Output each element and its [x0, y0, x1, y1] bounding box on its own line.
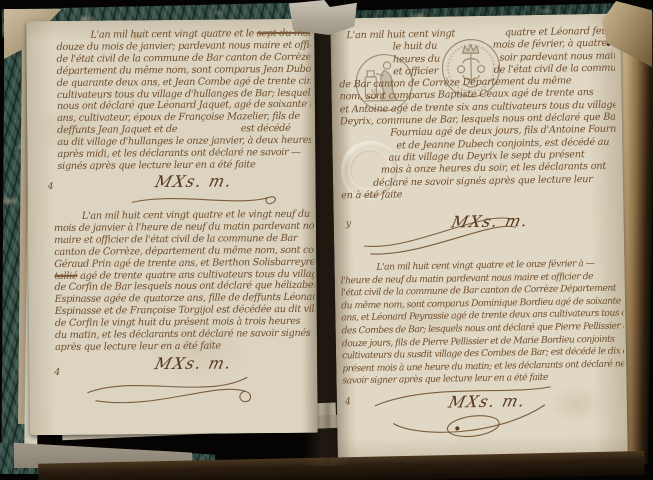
manuscript-line: du matin, et les déclarants ont déclaré … — [55, 328, 315, 342]
signature-flourish-icon — [369, 379, 560, 444]
manuscript-line: signés après que lecture leur en a été f… — [57, 159, 311, 173]
register-entry: L'an mil huit cent vingt quatre et le on… — [340, 258, 624, 389]
signature-block: MXs. m. — [155, 353, 232, 373]
manuscript-line: après que lecture leur en a été faite — [55, 340, 315, 354]
register-entry: L'an mil huit cent vingt quatre et le se… — [56, 28, 311, 173]
margin-mark: 4 — [48, 181, 54, 192]
margin-mark: 4 — [54, 367, 60, 378]
register-entry: L'an mil huit cent vingt quatre et le vi… — [54, 209, 315, 354]
signature-block: MXs. m. — [452, 211, 529, 231]
right-page: 50 c L'an mi — [330, 14, 628, 461]
margin-mark: y — [346, 218, 352, 229]
signature-flourish-icon — [361, 203, 522, 260]
left-page: L'an mil huit cent vingt quatre et le se… — [26, 19, 318, 435]
scanned-register-photo: L'an mil huit cent vingt quatre et le se… — [0, 0, 653, 480]
margin-mark: 4 — [345, 396, 351, 407]
signature-block: MXs. m. — [449, 391, 526, 411]
manuscript-line: après midi, et les déclarants ont déclar… — [57, 147, 311, 161]
signature-block: MXs. m. — [156, 171, 233, 191]
signature-flourish-icon — [85, 367, 255, 410]
register-entry: L'an mil huit cent vingt quatre et Léona… — [338, 26, 617, 203]
